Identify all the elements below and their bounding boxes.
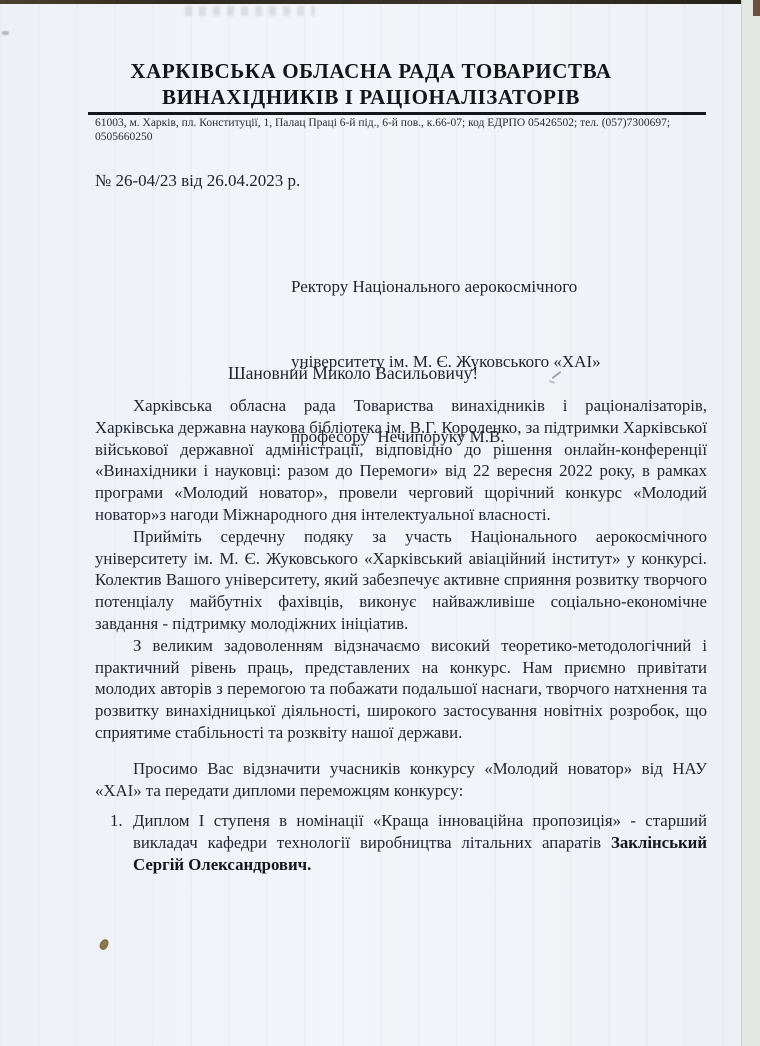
paragraph-3: З великим задоволенням відзначаємо висок… <box>95 635 707 744</box>
award-list: 1. Диплом І ступеня в номінації «Краща і… <box>95 810 707 875</box>
scanned-letter-page: ХАРКІВСЬКА ОБЛАСНА РАДА ТОВАРИСТВА ВИНАХ… <box>0 0 760 1046</box>
salutation: Шановний Миколо Васильовичу! <box>228 363 478 384</box>
letter-body: Харківська обласна рада Товариства винах… <box>95 395 707 876</box>
list-item-number: 1. <box>110 810 123 832</box>
paragraph-1: Харківська обласна рада Товариства винах… <box>95 395 707 526</box>
addressee-line1: Ректору Національного аерокосмічного <box>291 274 671 299</box>
left-edge-smudge <box>2 31 9 35</box>
scan-top-edge <box>0 0 760 4</box>
letterhead-title-line1: ХАРКІВСЬКА ОБЛАСНА РАДА ТОВАРИСТВА <box>0 58 742 84</box>
letterhead-title: ХАРКІВСЬКА ОБЛАСНА РАДА ТОВАРИСТВА ВИНАХ… <box>0 58 742 110</box>
letterhead-address-line1: 61003, м. Харків, пл. Конституції, 1, Па… <box>95 117 717 131</box>
letterhead-rule <box>88 112 706 115</box>
ink-bleedthrough-smudge <box>185 6 315 16</box>
scanner-bed-strip <box>741 0 760 1046</box>
award-list-item: 1. Диплом І ступеня в номінації «Краща і… <box>95 810 707 875</box>
letterhead-address: 61003, м. Харків, пл. Конституції, 1, Па… <box>95 117 717 144</box>
paragraph-2: Прийміть сердечну подяку за участь Націо… <box>95 526 707 635</box>
scan-corner-mark <box>753 0 760 16</box>
paragraph-request: Просимо Вас відзначити учасників конкурс… <box>95 758 707 802</box>
letterhead-address-line2: 0505660250 <box>95 131 717 145</box>
letterhead-title-line2: ВИНАХІДНИКІВ І РАЦІОНАЛІЗАТОРІВ <box>0 84 742 110</box>
reference-number: № 26-04/23 від 26.04.2023 р. <box>95 171 300 191</box>
